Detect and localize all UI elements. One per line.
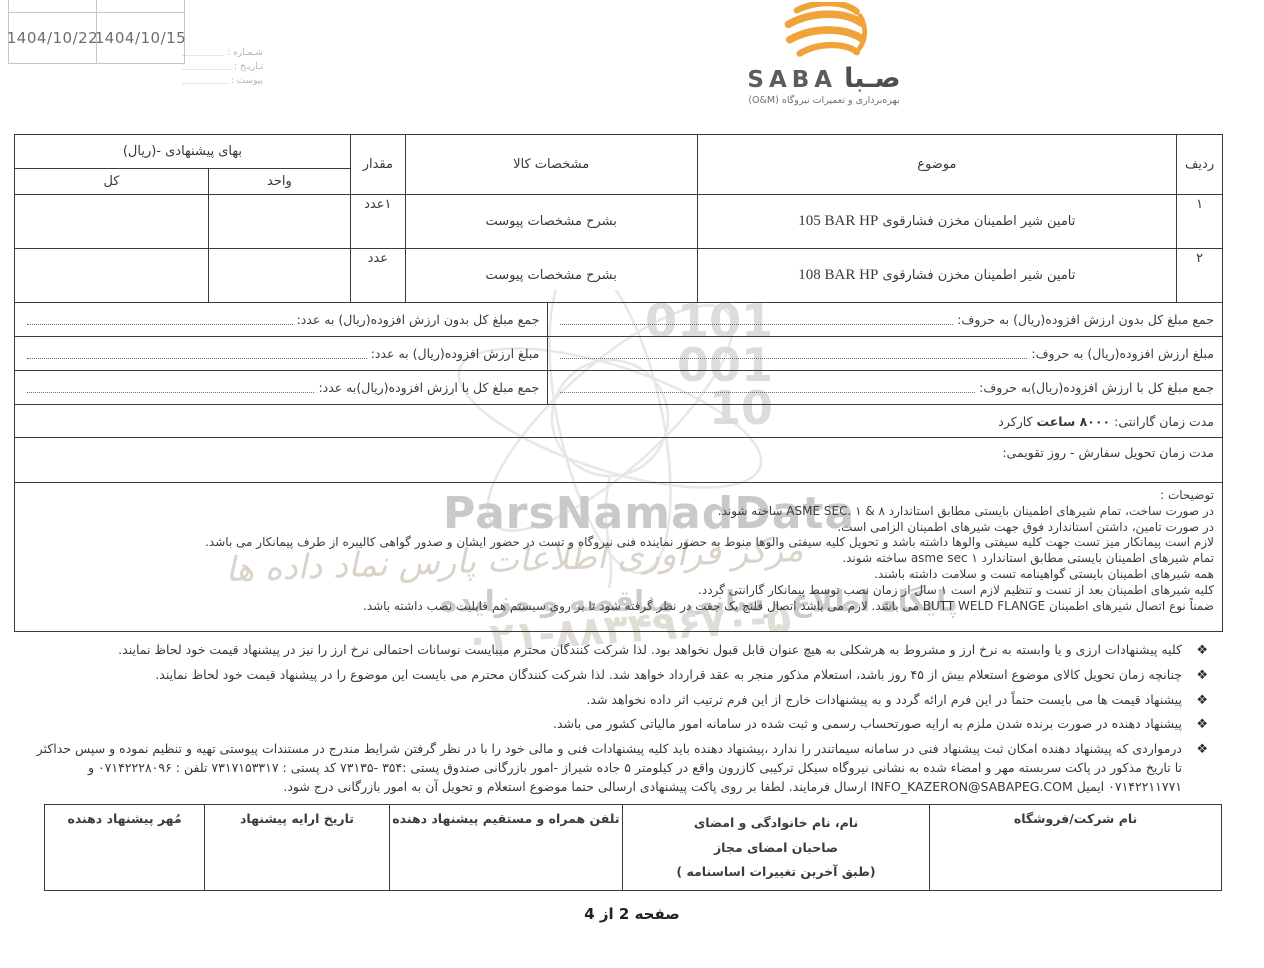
- authorized-signers-cell: نام، نام خانوادگی و امضای صاحبان امضای م…: [622, 805, 929, 891]
- bullet-diamond-icon: ❖: [1196, 641, 1208, 661]
- item-2-no: ۲: [1177, 249, 1223, 303]
- condition-item: ❖ کلیه پیشنهادات ارزی و یا وابسته به نرخ…: [30, 641, 1210, 660]
- delivery-label: مدت زمان تحویل سفارش - روز تقویمی:: [1002, 445, 1214, 460]
- number-label: شـمـاره :: [227, 48, 263, 58]
- saba-globe-icon: [760, 2, 888, 62]
- item-1-subject: تامین شیر اطمینان مخزن فشارقوی 105 BAR H…: [697, 195, 1177, 249]
- issue-date: 1404/10/15: [96, 12, 185, 64]
- label: جمع مبلغ کل بدون ارزش افزوده(ریال) به حر…: [957, 312, 1214, 327]
- condition-item: ❖ درمواردی که پیشنهاد دهنده امکان ثبت پی…: [30, 740, 1210, 796]
- bullet-diamond-icon: ❖: [1196, 666, 1208, 686]
- vat-amount-digits: مبلغ ارزش افزوده(ریال) به عدد:: [15, 337, 547, 370]
- item-2-unit-price-cell: [208, 249, 350, 303]
- vat-amount-row: مبلغ ارزش افزوده(ریال) به حروف: مبلغ ارز…: [14, 336, 1223, 371]
- ref-date-row: تـاریـخ :: [183, 62, 263, 72]
- guarantee-suffix: کارکرد: [998, 414, 1032, 429]
- condition-item: ❖ پیشنهاد دهنده در صورت برنده شدن ملزم ب…: [30, 715, 1210, 734]
- condition-text: کلیه پیشنهادات ارزی و یا وابسته به نرخ ا…: [118, 642, 1182, 657]
- saba-wordmark: صـبا SABA: [724, 63, 924, 94]
- note-line: ضمناً نوع اتصال شیرهای اطمینان BUTT WELD…: [23, 599, 1214, 615]
- guarantee-label: مدت زمان گارانتی:: [1114, 414, 1214, 429]
- saba-subtitle: بهره‌برداری و تعمیرات نیروگاه (O&M): [724, 95, 924, 106]
- item-1-quantity: ۱عدد: [350, 195, 405, 249]
- item-1-subject-fa: تامین شیر اطمینان مخزن فشارقوی: [882, 214, 1075, 229]
- total-with-vat-row: جمع مبلغ کل با ارزش افزوده(ریال)به حروف:…: [14, 370, 1223, 405]
- condition-item: ❖ چنانچه زمان تحویل کالای موضوع استعلام …: [30, 666, 1210, 685]
- item-row-2: ۲ تامین شیر اطمینان مخزن فشارقوی 108 BAR…: [15, 249, 1223, 303]
- item-row-1: ۱ تامین شیر اطمینان مخزن فشارقوی 105 BAR…: [15, 195, 1223, 249]
- label: جمع مبلغ کل با ارزش افزوده(ریال)به عدد:: [318, 380, 539, 395]
- total-without-vat-row: جمع مبلغ کل بدون ارزش افزوده(ریال) به حر…: [14, 302, 1223, 337]
- dotted-line: [183, 69, 231, 70]
- col-header-row-no: ردیف: [1177, 135, 1223, 195]
- condition-text: درمواردی که پیشنهاد دهنده امکان ثبت پیشن…: [37, 741, 1182, 794]
- item-2-subject-fa: تامین شیر اطمینان مخزن فشارقوی: [882, 268, 1075, 283]
- saba-farsi-wordmark: صـبا: [844, 63, 900, 94]
- items-header-row-1: ردیف موضوع مشخصات کالا مقدار بهای پیشنها…: [15, 135, 1223, 169]
- label: مبلغ ارزش افزوده(ریال) به عدد:: [371, 346, 540, 361]
- label: مبلغ ارزش افزوده(ریال) به حروف:: [1031, 346, 1214, 361]
- dotted-fill-line: [560, 324, 953, 325]
- note-line: در صورت ساخت، تمام شیرهای اطمینان بایستی…: [23, 504, 1214, 520]
- item-2-quantity: عدد: [350, 249, 405, 303]
- tender-inquiry-page: 0101 001 10 ParsNamadData مرکز فراوری اط…: [0, 0, 1264, 968]
- signers-line: (طبق آخرین تغییرات اساسنامه ): [624, 860, 928, 884]
- item-2-total-price-cell: [15, 249, 209, 303]
- date-label: تـاریـخ :: [234, 62, 263, 72]
- col-header-subject: موضوع: [697, 135, 1177, 195]
- note-line: کلیه شیرهای اطمینان بعد از تست و تنظیم ل…: [23, 583, 1214, 599]
- saba-logo: صـبا SABA بهره‌برداری و تعمیرات نیروگاه …: [724, 2, 924, 106]
- notes-section: توضیحات : در صورت ساخت، تمام شیرهای اطمی…: [14, 482, 1223, 632]
- dotted-fill-line: [27, 358, 367, 359]
- reference-labels: شـمـاره : تـاریـخ : پیوست :: [183, 48, 263, 90]
- condition-text: چنانچه زمان تحویل کالای موضوع استعلام بی…: [155, 667, 1182, 682]
- total-with-vat-words: جمع مبلغ کل با ارزش افزوده(ریال)به حروف:: [547, 371, 1222, 404]
- dotted-fill-line: [560, 358, 1027, 359]
- deadline-date: 1404/10/22: [8, 12, 97, 64]
- bidder-phone-cell: تلفن همراه و مستقیم پیشنهاد دهنده: [389, 805, 622, 891]
- guarantee-row: مدت زمان گارانتی: ۸۰۰۰ ساعت کارکرد: [14, 404, 1223, 438]
- dotted-fill-line: [27, 324, 293, 325]
- guarantee-value: ۸۰۰۰ ساعت: [1037, 414, 1111, 429]
- note-line: در صورت تامین، داشتن استاندارد فوق جهت ش…: [23, 520, 1214, 536]
- dotted-fill-line: [560, 392, 975, 393]
- condition-text: پیشنهاد دهنده در صورت برنده شدن ملزم به …: [553, 716, 1182, 731]
- item-1-subject-en: 105 BAR HP: [798, 213, 878, 229]
- vat-amount-words: مبلغ ارزش افزوده(ریال) به حروف:: [547, 337, 1222, 370]
- item-1-specs: بشرح مشخصات پیوست: [405, 195, 697, 249]
- signers-line: نام، نام خانوادگی و امضای: [624, 811, 928, 835]
- company-name-cell: نام شرکت/فروشگاه: [930, 805, 1222, 891]
- col-header-price: بهای پیشنهادی -(ریال): [15, 135, 351, 169]
- col-header-unit-price: واحد: [208, 169, 350, 195]
- note-line: تمام شیرهای اطمینان بایستی مطابق استاندا…: [23, 551, 1214, 567]
- bullet-diamond-icon: ❖: [1196, 740, 1208, 760]
- notes-title: توضیحات :: [23, 488, 1214, 504]
- date-stamp-row: 1404/10/22 1404/10/15: [8, 13, 186, 64]
- conditions-list: ❖ کلیه پیشنهادات ارزی و یا وابسته به نرخ…: [30, 641, 1210, 796]
- dotted-line: [183, 83, 228, 84]
- item-1-unit-price-cell: [208, 195, 350, 249]
- ref-attachment-row: پیوست :: [183, 76, 263, 86]
- condition-item: ❖ پیشنهاد قیمت ها می بایست حتماً در این …: [30, 691, 1210, 710]
- items-table: ردیف موضوع مشخصات کالا مقدار بهای پیشنها…: [14, 134, 1223, 303]
- bullet-diamond-icon: ❖: [1196, 691, 1208, 711]
- dotted-fill-line: [27, 392, 314, 393]
- item-1-no: ۱: [1177, 195, 1223, 249]
- condition-text: پیشنهاد قیمت ها می بایست حتماً در این فر…: [586, 692, 1182, 707]
- item-1-total-price-cell: [15, 195, 209, 249]
- signature-table: نام شرکت/فروشگاه نام، نام خانوادگی و امض…: [44, 804, 1222, 891]
- date-stamp-table: 1404/10/22 1404/10/15: [8, 0, 186, 64]
- proposal-date-cell: تاریخ ارایه پیشنهاد: [205, 805, 390, 891]
- total-without-vat-digits: جمع مبلغ کل بدون ارزش افزوده(ریال) به عد…: [15, 303, 547, 336]
- bidder-stamp-cell: مُهر پیشنهاد دهنده: [45, 805, 205, 891]
- col-header-specs: مشخصات کالا: [405, 135, 697, 195]
- col-header-total-price: کل: [15, 169, 209, 195]
- note-line: لازم است پیمانکار میز تست جهت کلیه سیفتی…: [23, 535, 1214, 551]
- item-2-subject: تامین شیر اطمینان مخزن فشارقوی 108 BAR H…: [697, 249, 1177, 303]
- inquiry-form: ردیف موضوع مشخصات کالا مقدار بهای پیشنها…: [14, 134, 1223, 632]
- item-2-specs: بشرح مشخصات پیوست: [405, 249, 697, 303]
- document-content: 1404/10/22 1404/10/15 شـمـاره : تـاریـخ …: [0, 0, 1264, 923]
- signature-row: نام شرکت/فروشگاه نام، نام خانوادگی و امض…: [45, 805, 1222, 891]
- total-without-vat-words: جمع مبلغ کل بدون ارزش افزوده(ریال) به حر…: [547, 303, 1222, 336]
- signers-line: صاحبان امضای مجاز: [624, 836, 928, 860]
- saba-latin-wordmark: SABA: [747, 67, 837, 93]
- dotted-line: [183, 55, 224, 56]
- label: جمع مبلغ کل با ارزش افزوده(ریال)به حروف:: [979, 380, 1214, 395]
- item-2-subject-en: 108 BAR HP: [798, 267, 878, 283]
- bullet-diamond-icon: ❖: [1196, 715, 1208, 735]
- note-line: همه شیرهای اطمینان بایستی گواهینامه تست …: [23, 567, 1214, 583]
- col-header-quantity: مقدار: [350, 135, 405, 195]
- total-with-vat-digits: جمع مبلغ کل با ارزش افزوده(ریال)به عدد:: [15, 371, 547, 404]
- ref-number-row: شـمـاره :: [183, 48, 263, 58]
- page-number: صفحه 2 از 4: [0, 905, 1264, 923]
- letterhead: 1404/10/22 1404/10/15 شـمـاره : تـاریـخ …: [0, 0, 1264, 134]
- label: جمع مبلغ کل بدون ارزش افزوده(ریال) به عد…: [297, 312, 540, 327]
- delivery-time-row: مدت زمان تحویل سفارش - روز تقویمی:: [14, 437, 1223, 483]
- attachment-label: پیوست :: [231, 76, 263, 86]
